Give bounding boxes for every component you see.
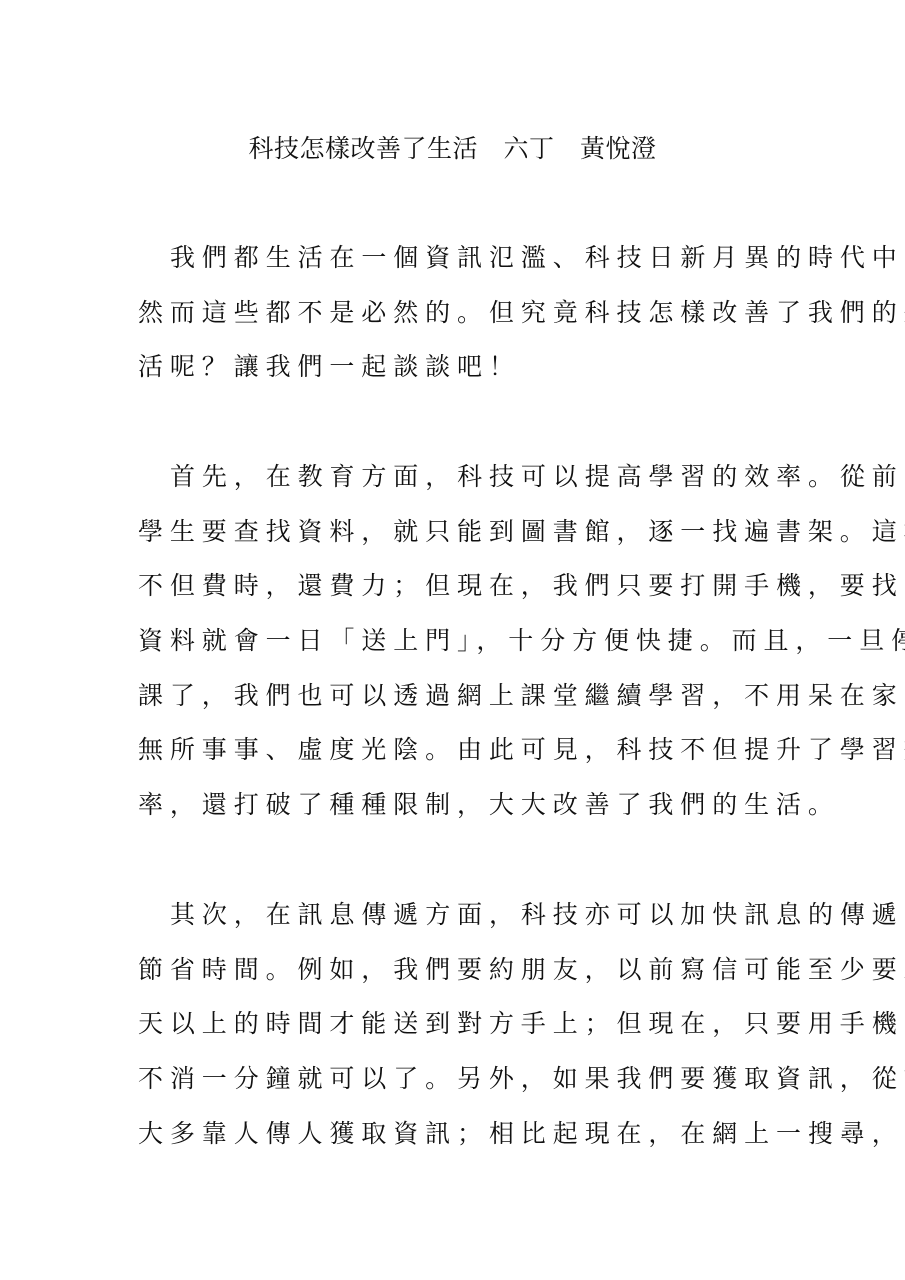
paragraph-line: 率，還打破了種種限制，大大改善了我們的生活。 (138, 778, 750, 833)
paragraph-line: 節省時間。例如，我們要約朋友，以前寫信可能至少要三 (138, 943, 750, 998)
paragraph-2: 首先，在教育方面，科技可以提高學習的效率。從前的 學生要查找資料，就只能到圖書館… (138, 450, 750, 833)
paragraph-line: 資料就會一日「送上門」，十分方便快捷。而且，一旦停 (138, 614, 750, 669)
paragraph-line: 我們都生活在一個資訊氾濫、科技日新月異的時代中， (138, 231, 750, 286)
paragraph-line: 活呢？讓我們一起談談吧！ (138, 340, 750, 395)
paragraph-line: 無所事事、虛度光陰。由此可見，科技不但提升了學習效 (138, 723, 750, 778)
paragraph-line: 然而這些都不是必然的。但究竟科技怎樣改善了我們的生 (138, 286, 750, 341)
paragraph-line: 學生要查找資料，就只能到圖書館，逐一找遍書架。這樣 (138, 505, 750, 560)
paragraph-line: 課了，我們也可以透過網上課堂繼續學習，不用呆在家中 (138, 669, 750, 724)
paragraph-line: 天以上的時間才能送到對方手上；但現在，只要用手機， (138, 997, 750, 1052)
essay-title: 科技怎樣改善了生活 六丁 黃悅澄 (0, 132, 905, 166)
paragraph-line: 其次，在訊息傳遞方面，科技亦可以加快訊息的傳遞， (138, 888, 750, 943)
document-page: 科技怎樣改善了生活 六丁 黃悅澄 我們都生活在一個資訊氾濫、科技日新月異的時代中… (0, 0, 905, 1280)
paragraph-3: 其次，在訊息傳遞方面，科技亦可以加快訊息的傳遞， 節省時間。例如，我們要約朋友，… (138, 888, 750, 1161)
paragraph-line: 不但費時，還費力；但現在，我們只要打開手機，要找的 (138, 559, 750, 614)
paragraph-line: 首先，在教育方面，科技可以提高學習的效率。從前的 (138, 450, 750, 505)
paragraph-line: 大多靠人傳人獲取資訊；相比起現在，在網上一搜尋，即 (138, 1107, 750, 1162)
paragraph-line: 不消一分鐘就可以了。另外，如果我們要獲取資訊，從前 (138, 1052, 750, 1107)
paragraph-1: 我們都生活在一個資訊氾濫、科技日新月異的時代中， 然而這些都不是必然的。但究竟科… (138, 231, 750, 395)
